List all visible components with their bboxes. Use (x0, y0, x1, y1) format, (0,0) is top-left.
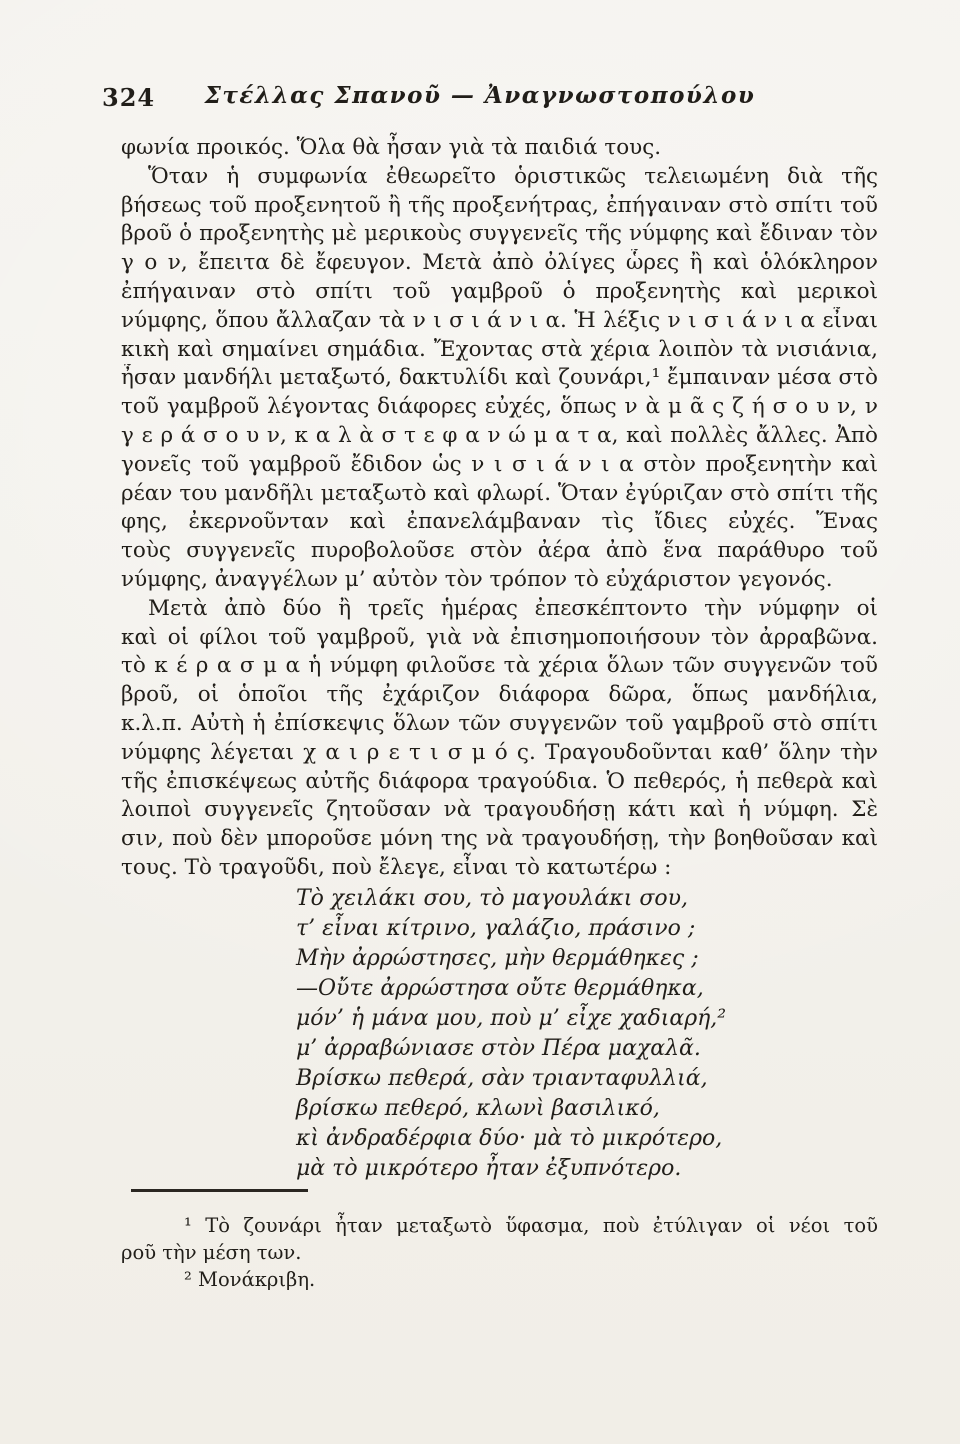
body-line: σιν, ποὺ δὲν μποροῦσε μόνη της νὰ τραγου… (121, 825, 878, 854)
footnote-line: ροῦ τὴν μέση των. (121, 1239, 878, 1266)
footnote-separator (131, 1189, 308, 1192)
body-line: Μετὰ ἀπὸ δύο ἢ τρεῖς ἡμέρας ἐπεσκέπτοντο… (121, 595, 878, 624)
body-line: λοιποὶ συγγενεῖς ζητοῦσαν νὰ τραγουδήσῃ … (121, 796, 878, 825)
body-line: καὶ οἱ φίλοι τοῦ γαμβροῦ, γιὰ νὰ ἐπισημο… (121, 624, 878, 653)
body-line: τῆς ἐπισκέψεως αὐτῆς διάφορα τραγούδια. … (121, 768, 878, 797)
body-line: φης, ἐκερνοῦνταν καὶ ἐπανελάμβαναν τὶς ἴ… (121, 508, 878, 537)
running-title: Στέλλας Σπανοῦ — Ἀναγνωστοπούλου (0, 82, 960, 109)
body-line: κ.λ.π. Αὐτὴ ἡ ἐπίσκεψις ὅλων τῶν συγγενῶ… (121, 710, 878, 739)
body-line: ἐπήγαιναν στὸ σπίτι τοῦ γαμβροῦ ὁ προξεν… (121, 278, 878, 307)
footnote-line: ² Μονάκριβη. (121, 1266, 878, 1293)
book-page: 324 Στέλλας Σπανοῦ — Ἀναγνωστοπούλου φων… (0, 0, 960, 1444)
poem-line: μὰ τὸ μικρότερο ἦταν ἐξυπνότερο. (296, 1154, 726, 1184)
poem-line: μόν’ ἡ μάνα μου, ποὺ μ’ εἶχε χαδιαρή,² (296, 1004, 726, 1034)
body-line: τοὺς συγγενεῖς πυροβολοῦσε στὸν ἀέρα ἀπὸ… (121, 537, 878, 566)
body-line: ἦσαν μανδήλι μεταξωτό, δακτυλίδι καὶ ζου… (121, 364, 878, 393)
body-line: τὸ κ έ ρ α σ μ α ἡ νύμφη φιλοῦσε τὰ χέρι… (121, 652, 878, 681)
poem-line: Βρίσκω πεθερά, σὰν τριανταφυλλιά, (296, 1064, 726, 1094)
body-line: τοῦ γαμβροῦ λέγοντας διάφορες εὐχές, ὅπω… (121, 393, 878, 422)
body-line: γ ο ν, ἔπειτα δὲ ἔφευγον. Μετὰ ἀπὸ ὀλίγε… (121, 249, 878, 278)
footnote-line: ¹ Τὸ ζουνάρι ἦταν μεταξωτὸ ὕφασμα, ποὺ ἐ… (121, 1212, 878, 1239)
poem-line: Μὴν ἀρρώστησες, μὴν θερμάθηκες ; (296, 944, 726, 974)
poem-line: Τὸ χειλάκι σου, τὸ μαγουλάκι σου, (296, 884, 726, 914)
body-line: βροῦ, οἱ ὁποῖοι τῆς ἐχάριζον διάφορα δῶρ… (121, 681, 878, 710)
body-line: ρέαν του μανδῆλι μεταξωτὸ καὶ φλωρί. Ὅτα… (121, 480, 878, 509)
body-line: βήσεως τοῦ προξενητοῦ ἢ τῆς προξενήτρας,… (121, 192, 878, 221)
body-line: νύμφης, ὅπου ἄλλαζαν τὰ ν ι σ ι ά ν ι α.… (121, 307, 878, 336)
poem-line: βρίσκω πεθερό, κλωνὶ βασιλικό, (296, 1094, 726, 1124)
body-line: Ὅταν ἡ συμφωνία ἐθεωρεῖτο ὁριστικῶς τελε… (121, 163, 878, 192)
poem-line: κὶ ἀνδραδέρφια δύο· μὰ τὸ μικρότερο, (296, 1124, 726, 1154)
body-line: κικὴ καὶ σημαίνει σημάδια. Ἔχοντας στὰ χ… (121, 336, 878, 365)
running-header: 324 Στέλλας Σπανοῦ — Ἀναγνωστοπούλου (0, 82, 960, 114)
body-line: φωνία προικός. Ὅλα θὰ ἦσαν γιὰ τὰ παιδιά… (121, 134, 878, 163)
poem-line: μ’ ἀρραβώνιασε στὸν Πέρα μαχαλᾶ. (296, 1034, 726, 1064)
body-text: φωνία προικός. Ὅλα θὰ ἦσαν γιὰ τὰ παιδιά… (121, 134, 878, 883)
poem: Τὸ χειλάκι σου, τὸ μαγουλάκι σου,τ’ εἶνα… (296, 884, 726, 1184)
body-line: γονεῖς τοῦ γαμβροῦ ἔδιδον ὡς ν ι σ ι ά ν… (121, 451, 878, 480)
body-line: νύμφης, ἀναγγέλων μ’ αὐτὸν τὸν τρόπον τὸ… (121, 566, 878, 595)
body-line: τους. Τὸ τραγοῦδι, ποὺ ἔλεγε, εἶναι τὸ κ… (121, 854, 878, 883)
body-line: βροῦ ὁ προξενητὴς μὲ μερικοὺς συγγενεῖς … (121, 220, 878, 249)
body-line: γ ε ρ ά σ ο υ ν, κ α λ ὰ σ τ ε φ α ν ώ μ… (121, 422, 878, 451)
poem-line: —Οὔτε ἀρρώστησα οὔτε θερμάθηκα, (296, 974, 726, 1004)
poem-line: τ’ εἶναι κίτρινο, γαλάζιο, πράσινο ; (296, 914, 726, 944)
body-line: νύμφης λέγεται χ α ι ρ ε τ ι σ μ ό ς. Τρ… (121, 739, 878, 768)
footnotes: ¹ Τὸ ζουνάρι ἦταν μεταξωτὸ ὕφασμα, ποὺ ἐ… (121, 1212, 878, 1293)
